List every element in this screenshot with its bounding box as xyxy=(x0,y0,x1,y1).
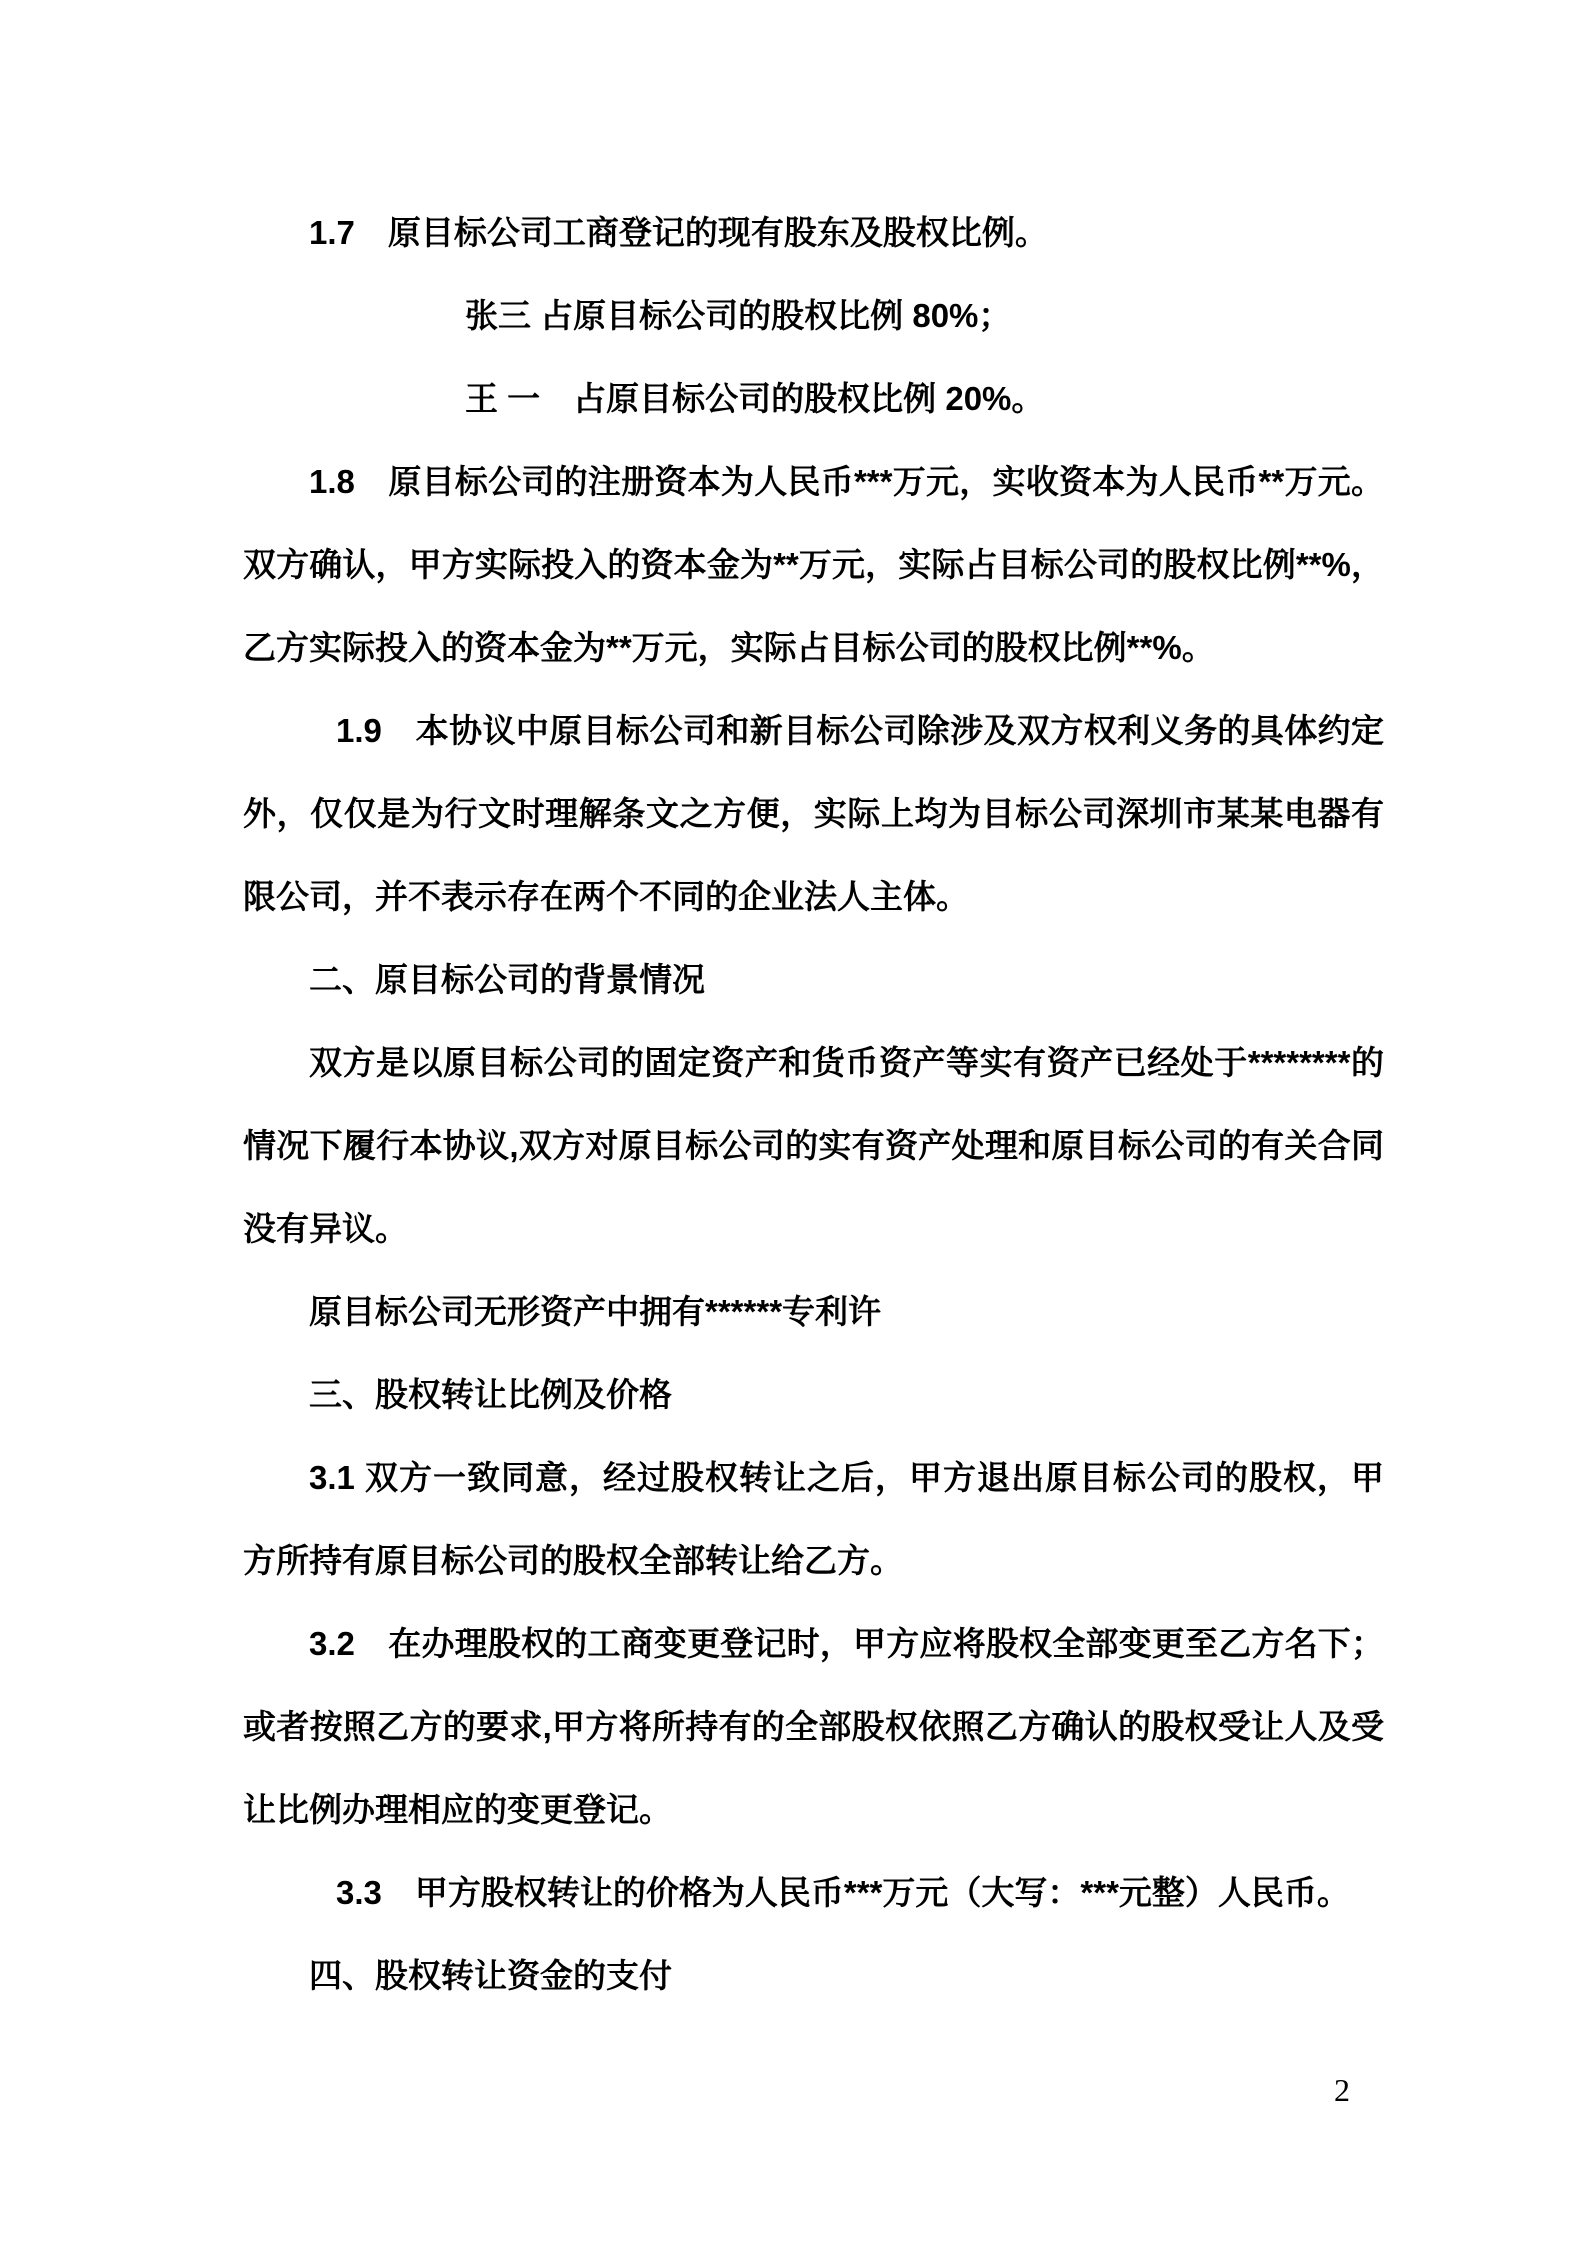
clause-1-9: 1.9 本协议中原目标公司和新目标公司除涉及双方权利义务的具体约定外，仅仅是为行… xyxy=(243,689,1384,938)
page-number: 2 xyxy=(1334,2070,1350,2110)
document-body: 1.7 原目标公司工商登记的现有股东及股权比例。 张三 占原目标公司的股权比例 … xyxy=(243,191,1384,2017)
section-heading-2: 二、原目标公司的背景情况 xyxy=(243,938,1384,1021)
shareholder-line-1: 张三 占原目标公司的股权比例 80%； xyxy=(243,274,1384,357)
clause-3-3: 3.3 甲方股权转让的价格为人民币***万元（大写：***元整）人民币。 xyxy=(243,1851,1384,1934)
shareholder-line-2: 王 一 占原目标公司的股权比例 20%。 xyxy=(243,357,1384,440)
section-heading-3: 三、股权转让比例及价格 xyxy=(243,1353,1384,1436)
patent-paragraph: 原目标公司无形资产中拥有******专利许 xyxy=(243,1270,1384,1353)
document-page: 1.7 原目标公司工商登记的现有股东及股权比例。 张三 占原目标公司的股权比例 … xyxy=(0,0,1586,2244)
clause-1-8: 1.8 原目标公司的注册资本为人民币***万元，实收资本为人民币**万元。双方确… xyxy=(243,440,1384,689)
clause-3-1: 3.1 双方一致同意，经过股权转让之后，甲方退出原目标公司的股权，甲方所持有原目… xyxy=(243,1436,1384,1602)
clause-3-2: 3.2 在办理股权的工商变更登记时，甲方应将股权全部变更至乙方名下；或者按照乙方… xyxy=(243,1602,1384,1851)
clause-1-7: 1.7 原目标公司工商登记的现有股东及股权比例。 xyxy=(243,191,1384,274)
background-paragraph: 双方是以原目标公司的固定资产和货币资产等实有资产已经处于********的情况下… xyxy=(243,1021,1384,1270)
section-heading-4: 四、股权转让资金的支付 xyxy=(243,1934,1384,2017)
